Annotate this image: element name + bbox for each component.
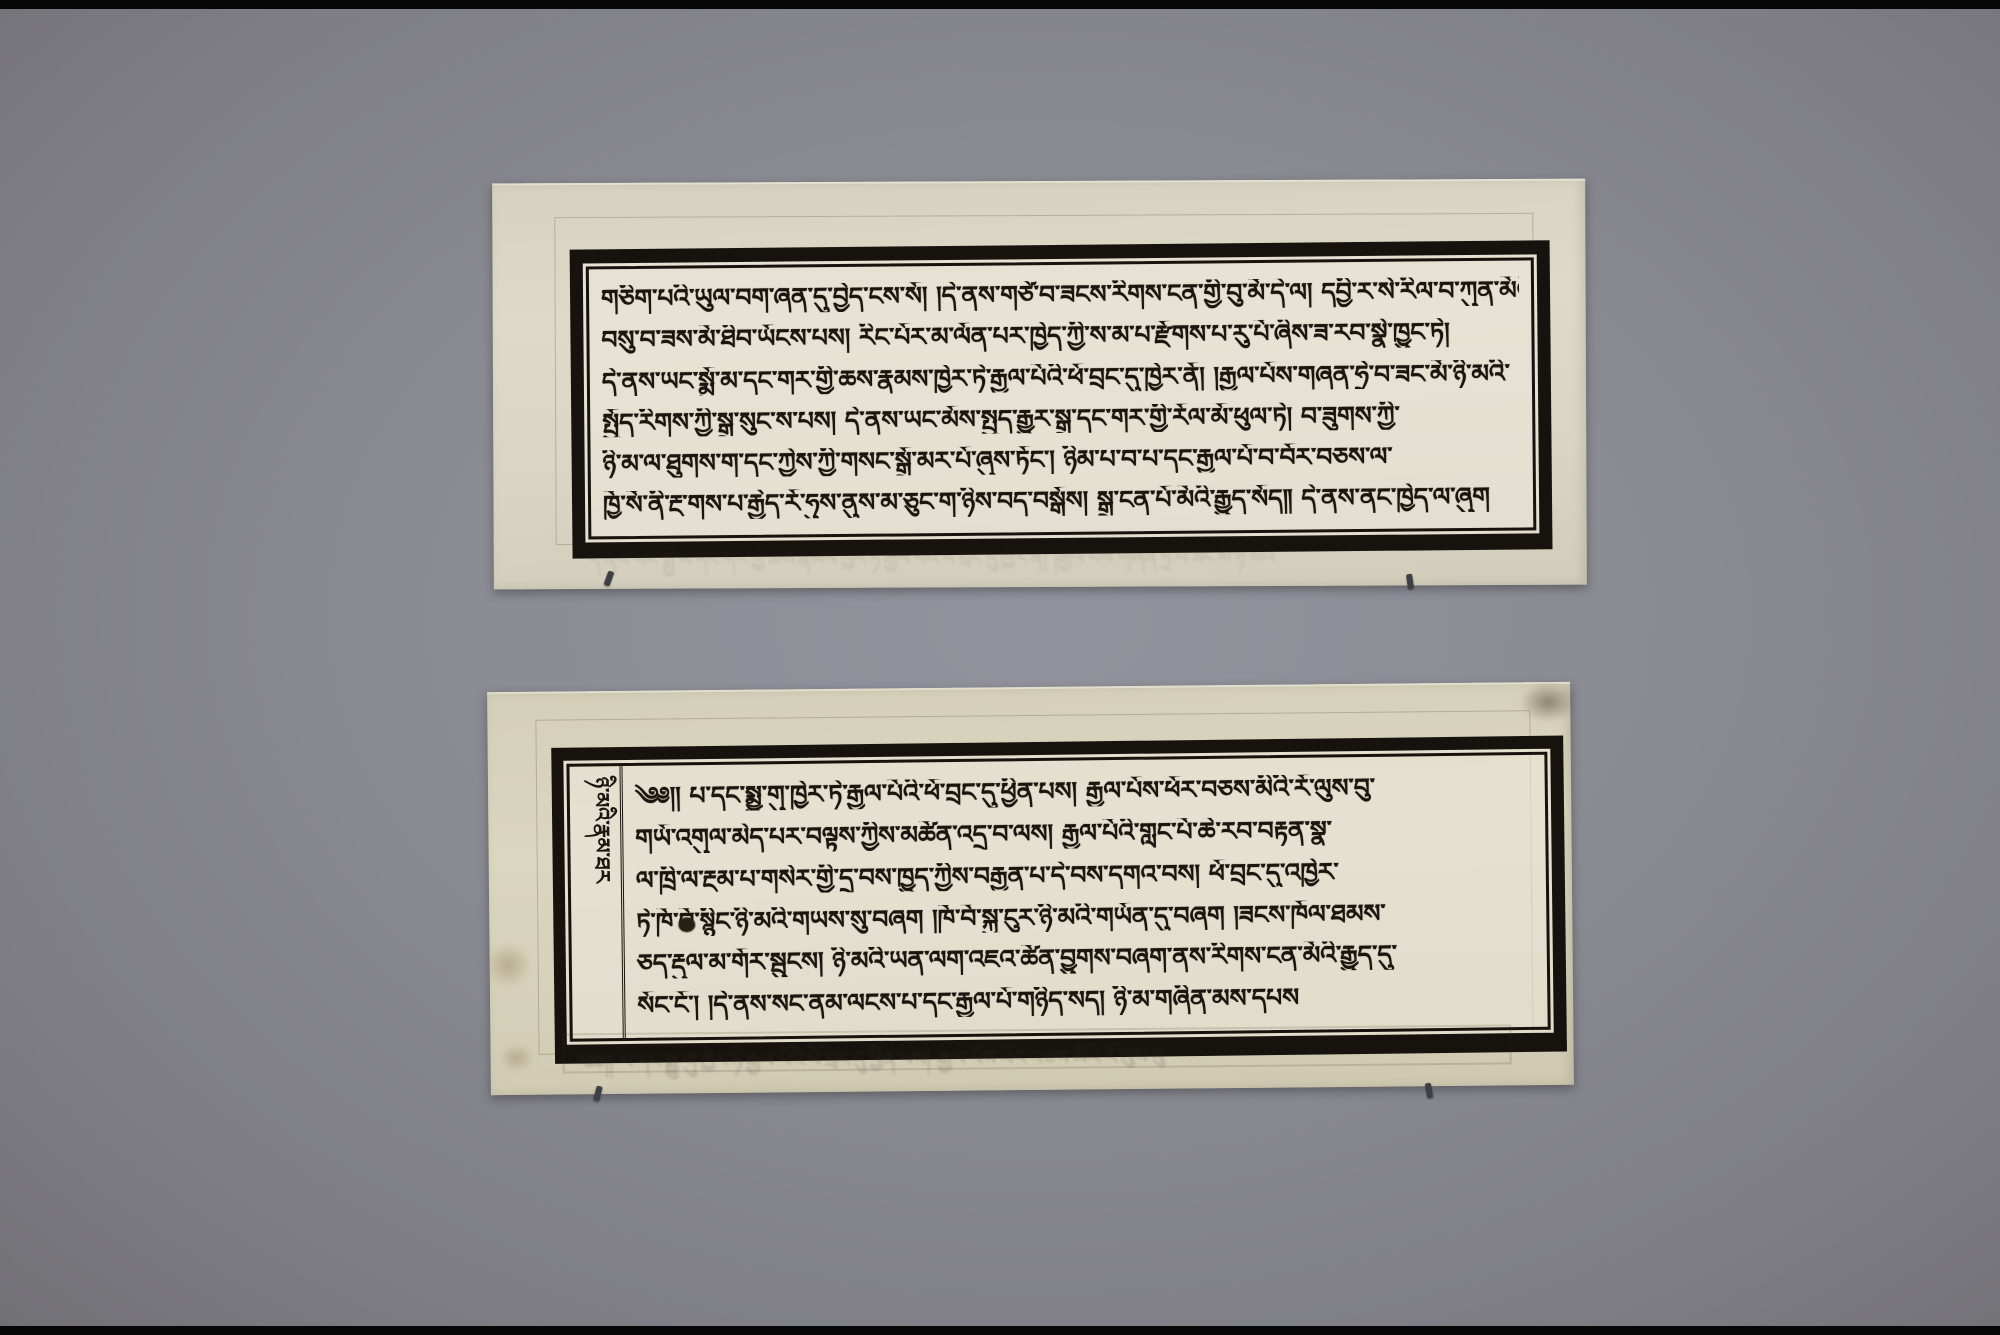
text-line: ཉི་མ་ལ་ཐུགས་ག་དང་ཀྱེས་ཀྱི་གསང་སྒྲོ་མར་པོ…	[603, 441, 1521, 479]
text-line: ༄༅།། པ་དང་སྨྱུ་གུ་ཁྱེར་ཏེ་རྒྱལ་པོའི་ཕོ་བ…	[635, 772, 1533, 812]
inner-frame-line: ཉི་མའི་རྣམ་ཐར ༄༅།། པ་དང་སྨྱུ་གུ་ཁྱེར་ཏེ་…	[566, 752, 1550, 1042]
text-line: གཅིག་པའི་ཡུལ་བག་ཞན་དུ་བྱེད་ངས་སོ། །དེ་ནས…	[601, 277, 1519, 315]
printed-text-frame-bottom: ཉི་མའི་རྣམ་ཐར ༄༅།། པ་དང་སྨྱུ་གུ་ཁྱེར་ཏེ་…	[551, 736, 1567, 1064]
printed-text-frame-top: གཅིག་པའི་ཡུལ་བག་ཞན་དུ་བྱེད་ངས་སོ། །དེ་ནས…	[570, 240, 1553, 558]
margin-title: ཉི་མའི་རྣམ་ཐར	[569, 776, 625, 1012]
text-line: ཏེ་ཁོ་བོ་སྙིང་ཉི་མའི་གཡས་སུ་བཞག །ཁོ་བོ་ས…	[636, 897, 1534, 937]
text-line: ལ་ཁྲི་ལ་རྔམ་པ་གསེར་གྱི་དྲ་བས་ཁྱུད་ཀྱིས་བ…	[636, 856, 1534, 896]
text-line: སྤྱོད་རིགས་ཀྱི་སྒྲ་སུང་ས་པས། དེ་ནས་ཡང་མོ…	[602, 400, 1520, 438]
text-line: ཁྱོ་སོ་ནི་རྔ་གས་པ་རྒྱེད་རོ་ཧུས་ནུས་མ་ཅུང…	[603, 482, 1521, 520]
text-line: གཡོ་འགུལ་མེད་པར་བལྟས་ཀྱིས་མཚོན་འདྲ་བ་ལས།…	[635, 814, 1533, 854]
show-through-text: དེ་ནས་ཡང་སྨྱོ་མ་དང་གར་གྱི་ཆས་རྣམས་ཁྱེར་ཏ…	[589, 534, 1484, 592]
ink-stain	[1519, 682, 1577, 723]
inner-frame-line: གཅིག་པའི་ཡུལ་བག་ཞན་དུ་བྱེད་ངས་སོ། །དེ་ནས…	[586, 257, 1537, 539]
pecha-leaf-top: གཅིག་པའི་ཡུལ་བག་ཞན་དུ་བྱེད་ངས་སོ། །དེ་ནས…	[492, 179, 1587, 590]
bottom-border-bar	[0, 1326, 2000, 1335]
paper-stain	[498, 1044, 534, 1072]
paper-stain	[483, 942, 531, 988]
text-column: གཅིག་པའི་ཡུལ་བག་ཞན་དུ་བྱེད་ངས་སོ། །དེ་ནས…	[589, 260, 1534, 536]
left-margin-column: ཉི་མའི་རྣམ་ཐར	[569, 766, 625, 1039]
text-column: ༄༅།། པ་དང་སྨྱུ་གུ་ཁྱེར་ཏེ་རྒྱལ་པོའི་ཕོ་བ…	[622, 755, 1547, 1038]
pecha-leaf-bottom: ཉི་མའི་རྣམ་ཐར ༄༅།། པ་དང་སྨྱུ་གུ་ཁྱེར་ཏེ་…	[487, 682, 1574, 1095]
show-through-text: ༄༅།། པ་དང་སྨྱུ་གུ་ཁྱེར་ཏེ་རྒྱལ་པོའི་ཕོ་བ…	[576, 1031, 1491, 1096]
text-line: དེ་ནས་ཡང་སྨྱོ་མ་དང་གར་གྱི་ཆས་རྣམས་ཁྱེར་ཏ…	[602, 359, 1520, 397]
text-line: སོང་ངོ་། །དེ་ནས་སང་ནམ་ལངས་པ་དང་རྒྱལ་པོ་ག…	[637, 981, 1535, 1021]
text-line: བསུ་བ་ཟས་མོ་ཐིབ་ཡོངས་པས། རིང་པོར་མ་ལོན་པ…	[601, 318, 1519, 356]
ink-blot	[678, 917, 695, 932]
photograph-background: གཅིག་པའི་ཡུལ་བག་ཞན་དུ་བྱེད་ངས་སོ། །དེ་ནས…	[0, 0, 2000, 1335]
top-border-bar	[0, 0, 2000, 9]
text-line: ཅད་རྡུལ་མ་གོར་སྦུངས། ཉི་མའི་ཡན་ལག་འཇའ་ཚོ…	[637, 939, 1535, 979]
